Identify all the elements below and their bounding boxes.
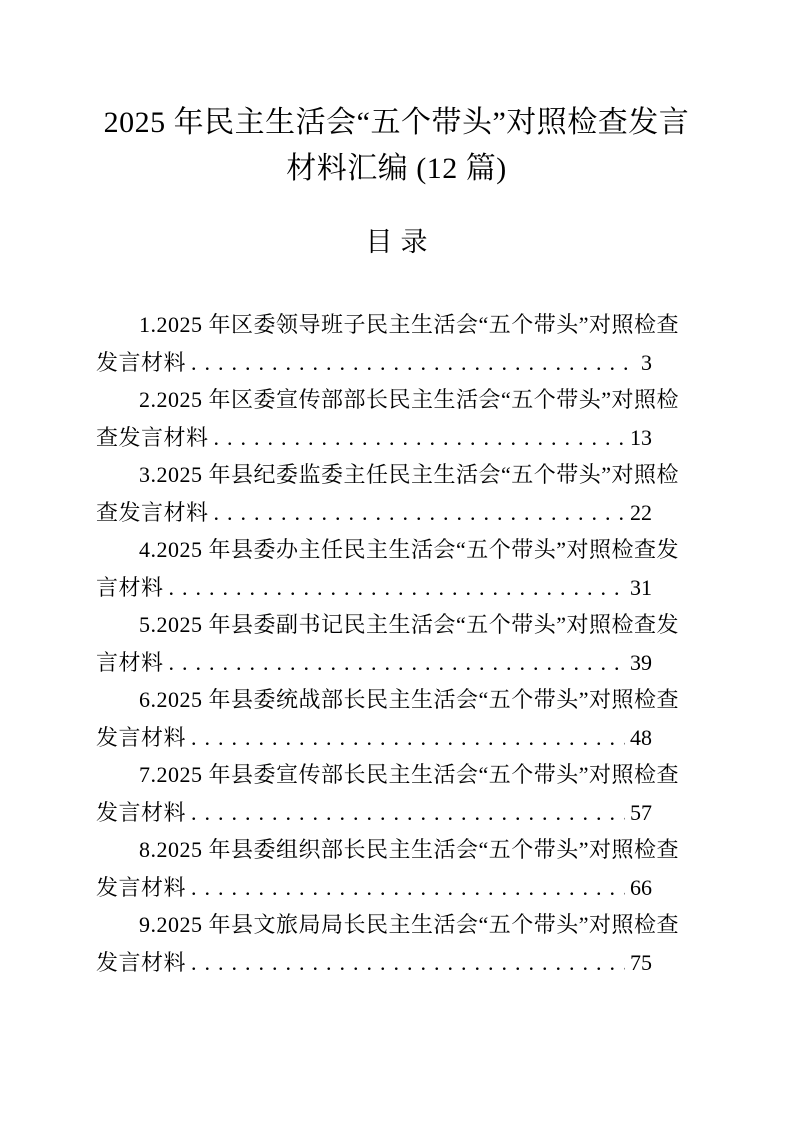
toc-entry-title-line2: 言材料 ....................................…: [96, 569, 652, 607]
toc-entry: 2.2025 年区委宣传部部长民主生活会“五个带头”对照检 查发言材料 ....…: [96, 381, 697, 456]
toc-list: 1.2025 年区委领导班子民主生活会“五个带头”对照检查 发言材料 .....…: [96, 306, 697, 981]
toc-entry-title-continuation: 发言材料: [96, 944, 186, 982]
toc-entry-page-number: 48: [630, 719, 652, 757]
toc-entry-title-line1: 7.2025 年县委宣传部长民主生活会“五个带头”对照检查: [96, 756, 697, 794]
toc-heading: 目录: [96, 222, 697, 262]
toc-entry-title-line1: 2.2025 年区委宣传部部长民主生活会“五个带头”对照检: [96, 381, 697, 419]
toc-entry-title-continuation: 发言材料: [96, 794, 186, 832]
toc-entry-title-line1: 1.2025 年区委领导班子民主生活会“五个带头”对照检查: [96, 306, 697, 344]
document-title-line2: 材料汇编 (12 篇): [96, 146, 697, 192]
toc-entry-title-line2: 查发言材料 ..................................…: [96, 494, 652, 532]
toc-entry-page-number: 39: [630, 644, 652, 682]
toc-entry-title-line2: 发言材料 ...................................…: [96, 719, 652, 757]
dot-leader: ........................................…: [169, 644, 625, 682]
toc-entry: 6.2025 年县委统战部长民主生活会“五个带头”对照检查 发言材料 .....…: [96, 681, 697, 756]
toc-entry: 5.2025 年县委副书记民主生活会“五个带头”对照检查发 言材料 ......…: [96, 606, 697, 681]
toc-entry: 8.2025 年县委组织部长民主生活会“五个带头”对照检查 发言材料 .....…: [96, 831, 697, 906]
toc-entry-title-line2: 发言材料 ...................................…: [96, 794, 652, 832]
dot-leader: ........................................…: [191, 944, 625, 982]
toc-entry-title-line1: 4.2025 年县委办主任民主生活会“五个带头”对照检查发: [96, 531, 697, 569]
toc-entry-page-number: 66: [630, 869, 652, 907]
toc-entry-page-number: 31: [630, 569, 652, 607]
toc-entry-title-line2: 发言材料 ...................................…: [96, 344, 652, 382]
toc-entry-title-line2: 发言材料 ...................................…: [96, 944, 652, 982]
dot-leader: ........................................…: [214, 419, 625, 457]
toc-entry-title-line2: 发言材料 ...................................…: [96, 869, 652, 907]
toc-entry: 9.2025 年县文旅局局长民主生活会“五个带头”对照检查 发言材料 .....…: [96, 906, 697, 981]
toc-entry-page-number: 75: [630, 944, 652, 982]
dot-leader: ........................................…: [191, 719, 625, 757]
toc-entry-title-line1: 6.2025 年县委统战部长民主生活会“五个带头”对照检查: [96, 681, 697, 719]
toc-entry-title-continuation: 言材料: [96, 569, 164, 607]
dot-leader: ........................................…: [169, 569, 625, 607]
toc-entry-page-number: 13: [630, 419, 652, 457]
dot-leader: ........................................…: [214, 494, 625, 532]
toc-entry: 3.2025 年县纪委监委主任民主生活会“五个带头”对照检 查发言材料 ....…: [96, 456, 697, 531]
toc-entry: 4.2025 年县委办主任民主生活会“五个带头”对照检查发 言材料 ......…: [96, 531, 697, 606]
document-page: 2025 年民主生活会“五个带头”对照检查发言 材料汇编 (12 篇) 目录 1…: [0, 0, 793, 1122]
toc-entry-page-number: 57: [630, 794, 652, 832]
document-title-line1: 2025 年民主生活会“五个带头”对照检查发言: [96, 100, 697, 146]
toc-entry-title-line2: 查发言材料 ..................................…: [96, 419, 652, 457]
dot-leader: ........................................…: [191, 869, 625, 907]
toc-entry-title-line1: 5.2025 年县委副书记民主生活会“五个带头”对照检查发: [96, 606, 697, 644]
toc-entry: 1.2025 年区委领导班子民主生活会“五个带头”对照检查 发言材料 .....…: [96, 306, 697, 381]
dot-leader: ........................................…: [191, 794, 625, 832]
toc-entry: 7.2025 年县委宣传部长民主生活会“五个带头”对照检查 发言材料 .....…: [96, 756, 697, 831]
toc-entry-title-line1: 3.2025 年县纪委监委主任民主生活会“五个带头”对照检: [96, 456, 697, 494]
toc-entry-title-line1: 9.2025 年县文旅局局长民主生活会“五个带头”对照检查: [96, 906, 697, 944]
toc-entry-title-continuation: 发言材料: [96, 869, 186, 907]
toc-entry-title-continuation: 发言材料: [96, 344, 186, 382]
toc-entry-title-continuation: 查发言材料: [96, 419, 209, 457]
toc-entry-title-line1: 8.2025 年县委组织部长民主生活会“五个带头”对照检查: [96, 831, 697, 869]
document-title: 2025 年民主生活会“五个带头”对照检查发言 材料汇编 (12 篇): [96, 100, 697, 192]
toc-entry-title-continuation: 言材料: [96, 644, 164, 682]
toc-entry-page-number: 3: [641, 344, 652, 382]
toc-entry-title-continuation: 查发言材料: [96, 494, 209, 532]
toc-entry-page-number: 22: [630, 494, 652, 532]
toc-entry-title-line2: 言材料 ....................................…: [96, 644, 652, 682]
dot-leader: ........................................…: [191, 344, 636, 382]
toc-entry-title-continuation: 发言材料: [96, 719, 186, 757]
